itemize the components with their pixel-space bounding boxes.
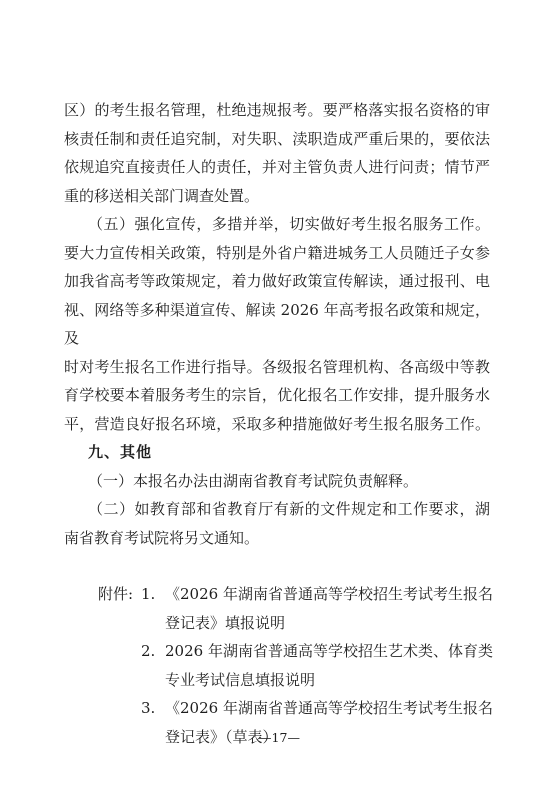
attachment-title: 2026 年湖南省普通高等学校招生艺术类、体育类 专业考试信息填报说明 <box>165 637 493 694</box>
body-line: 重的移送相关部门调查处置。 <box>64 182 490 211</box>
document-page: 区）的考生报名管理，杜绝违规报考。要严格落实报名资格的审 核责任制和责任追究制，… <box>0 0 559 790</box>
body-line: （五）强化宣传，多措并举，切实做好考生报名服务工作。 <box>64 210 490 239</box>
body-line: 区）的考生报名管理，杜绝违规报考。要严格落实报名资格的审 <box>64 96 490 125</box>
paragraph-item-5: （五）强化宣传，多措并举，切实做好考生报名服务工作。 要大力宣传相关政策，特别是… <box>64 210 490 438</box>
attachment-line: 2026 年湖南省普通高等学校招生艺术类、体育类 <box>165 637 493 666</box>
attachment-item: 1. 《2026 年湖南省普通高等学校招生考试考生报名 登记表》填报说明 <box>141 580 493 637</box>
paragraph-item-1: （一）本报名办法由湖南省教育考试院负责解释。 <box>64 467 490 496</box>
attachment-item: 2. 2026 年湖南省普通高等学校招生艺术类、体育类 专业考试信息填报说明 <box>141 637 493 694</box>
body-line: 视、网络等多种渠道宣传、解读 2026 年高考报名政策和规定，及 <box>64 296 490 353</box>
attachments-label: 附件: <box>98 580 141 751</box>
attachments-list: 1. 《2026 年湖南省普通高等学校招生考试考生报名 登记表》填报说明 2. … <box>141 580 493 751</box>
attachment-line: 专业考试信息填报说明 <box>165 666 493 695</box>
attachment-number: 1. <box>141 580 165 637</box>
paragraph-item-2: （二）如教育部和省教育厅有新的文件规定和工作要求，湖 南省教育考试院将另文通知。 <box>64 495 490 552</box>
document-body: 区）的考生报名管理，杜绝违规报考。要严格落实报名资格的审 核责任制和责任追究制，… <box>64 96 490 751</box>
attachments-block: 附件: 1. 《2026 年湖南省普通高等学校招生考试考生报名 登记表》填报说明… <box>64 580 490 751</box>
attachment-line: 《2026 年湖南省普通高等学校招生考试考生报名 <box>165 694 493 723</box>
body-line: 时对考生报名工作进行指导。各级报名管理机构、各高级中等教 <box>64 353 490 382</box>
body-line: 平，营造良好报名环境，采取多种措施做好考生报名服务工作。 <box>64 410 490 439</box>
attachment-line: 《2026 年湖南省普通高等学校招生考试考生报名 <box>165 580 493 609</box>
section-heading-nine-other: 九、其他 <box>64 438 490 467</box>
body-line: 要大力宣传相关政策，特别是外省户籍进城务工人员随迁子女参 <box>64 239 490 268</box>
body-line: 南省教育考试院将另文通知。 <box>64 524 490 553</box>
attachment-line: 登记表》填报说明 <box>165 609 493 638</box>
page-number: —17— <box>0 730 559 745</box>
paragraph-continuation: 区）的考生报名管理，杜绝违规报考。要严格落实报名资格的审 核责任制和责任追究制，… <box>64 96 490 210</box>
body-line: 核责任制和责任追究制，对失职、渎职造成严重后果的，要依法 <box>64 125 490 154</box>
body-line: 加我省高考等政策规定，着力做好政策宣传解读，通过报刊、电 <box>64 267 490 296</box>
body-line: 依规追究直接责任人的责任，并对主管负责人进行问责；情节严 <box>64 153 490 182</box>
attachment-number: 2. <box>141 637 165 694</box>
body-line: （二）如教育部和省教育厅有新的文件规定和工作要求，湖 <box>64 495 490 524</box>
attachment-title: 《2026 年湖南省普通高等学校招生考试考生报名 登记表》填报说明 <box>165 580 493 637</box>
body-line: 育学校要本着服务考生的宗旨，优化报名工作安排，提升服务水 <box>64 381 490 410</box>
body-line: （一）本报名办法由湖南省教育考试院负责解释。 <box>64 467 490 496</box>
